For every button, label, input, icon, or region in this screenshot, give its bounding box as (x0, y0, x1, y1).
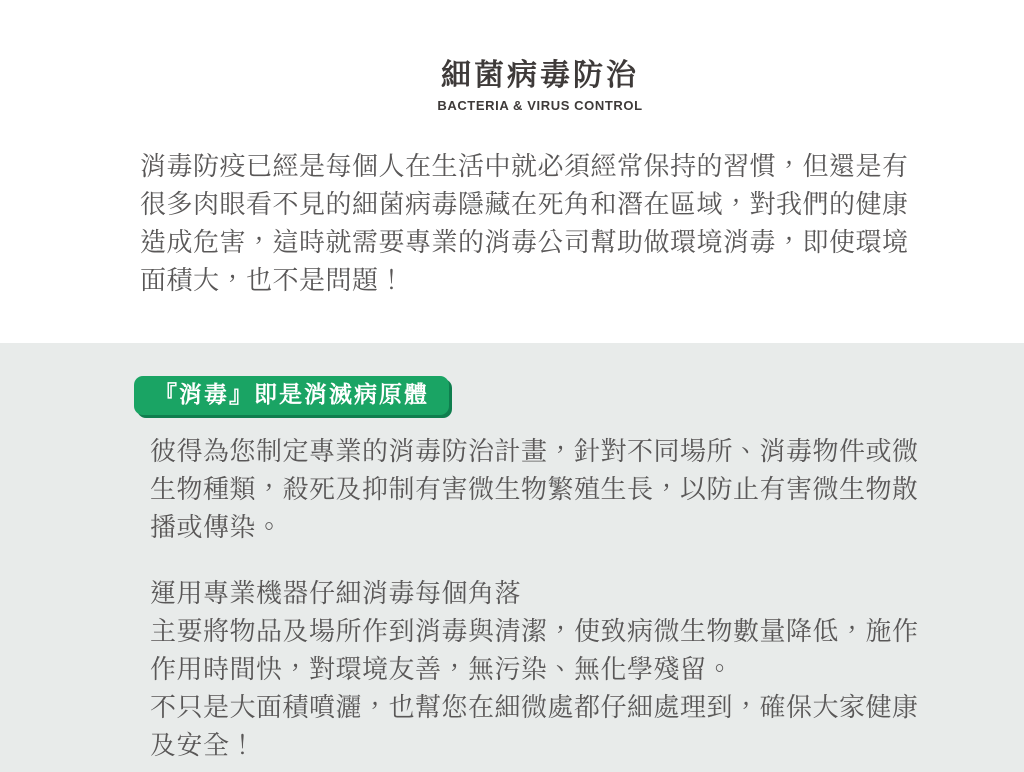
page-subtitle: BACTERIA & VIRUS CONTROL (140, 98, 940, 113)
page: 細菌病毒防治 BACTERIA & VIRUS CONTROL 消毒防疫已經是每… (0, 0, 1024, 772)
intro-section: 細菌病毒防治 BACTERIA & VIRUS CONTROL 消毒防疫已經是每… (0, 0, 1024, 343)
machine-line-closing: 不只是大面積噴灑，也幫您在細微處都仔細處理到，確保大家健康及安全！ (150, 688, 928, 764)
page-title: 細菌病毒防治 (140, 58, 940, 94)
machine-line-body: 主要將物品及場所作到消毒與清潔，使致病微生物數量降低，施作作用時間快，對環境友善… (150, 612, 928, 688)
machine-line-heading: 運用專業機器仔細消毒每個角落 (150, 574, 928, 612)
plan-paragraph: 彼得為您制定專業的消毒防治計畫，針對不同場所、消毒物件或微生物種類，殺死及抑制有… (150, 432, 928, 546)
machine-paragraph-block: 運用專業機器仔細消毒每個角落 主要將物品及場所作到消毒與清潔，使致病微生物數量降… (150, 574, 928, 764)
disinfection-badge: 『消毒』即是消滅病原體 (134, 376, 449, 415)
disinfection-section: 『消毒』即是消滅病原體 彼得為您制定專業的消毒防治計畫，針對不同場所、消毒物件或… (0, 343, 1024, 772)
intro-paragraph: 消毒防疫已經是每個人在生活中就必須經常保持的習慣，但還是有很多肉眼看不見的細菌病… (140, 147, 918, 299)
